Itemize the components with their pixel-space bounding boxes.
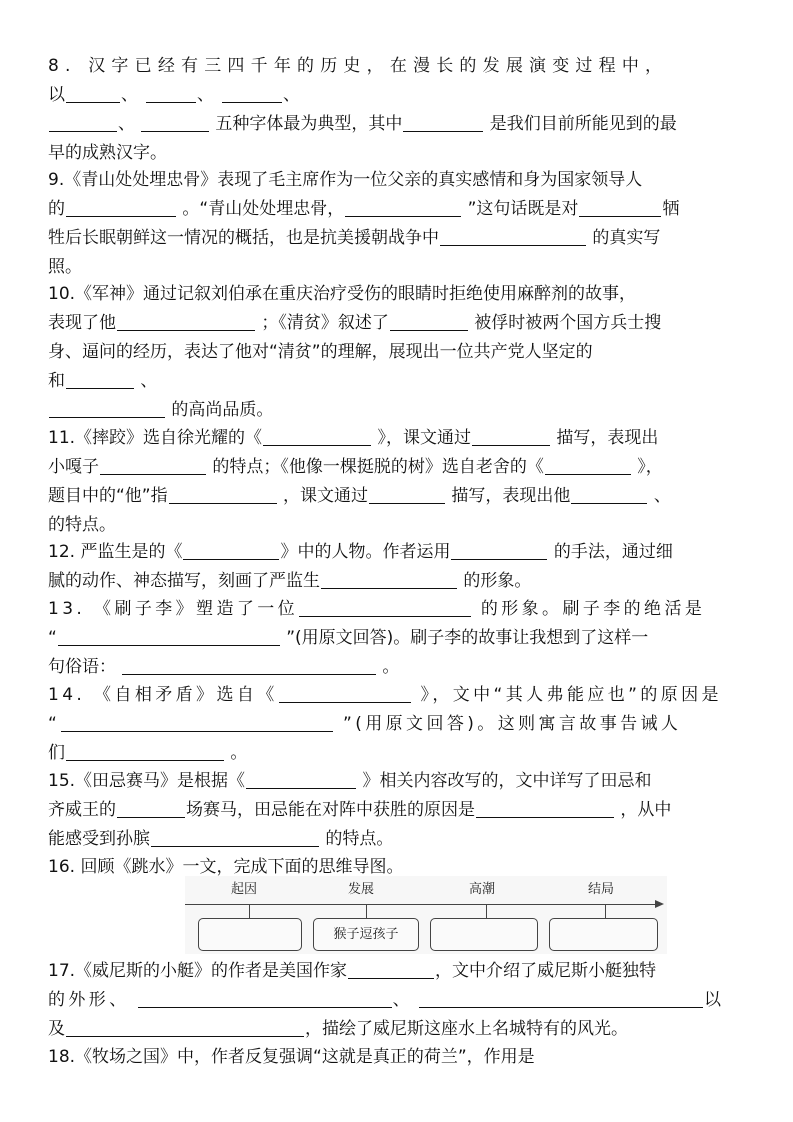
answer-blank[interactable] [58,625,280,646]
q10-line-4: 和 、 [48,367,157,396]
answer-blank[interactable] [440,225,586,246]
answer-blank[interactable] [451,539,547,560]
q10-text: 和 [48,371,65,391]
q14-line-1: 14. 《自相矛盾》选自《 》，文中“其人弗能应也”的原因是 [48,681,722,710]
q10-text: 的高尚品质。 [166,400,273,420]
q15-text: 能感受到孙膑 [48,829,150,849]
q12-text: 》中的人物。作者运用 [280,542,450,562]
q13-text: 句俗语： [48,657,116,677]
q15-text: 齐威王的 [48,800,116,820]
q11-line-2: 小嘎子 的特点；《他像一棵挺脱的树》选自老舍的《 》， [48,453,663,482]
q9-text: 。“青山处处埋忠骨， [177,199,344,219]
answer-blank[interactable] [579,196,661,217]
answer-blank[interactable] [66,1016,304,1037]
q12-text: 的手法，通过细 [548,542,672,562]
mind-map-stage-label: 结局 [588,878,614,897]
q17-text: 以 [704,990,724,1010]
timeline-tick [249,905,250,918]
q10-text: 10.《军神》通过记叙刘伯承在重庆治疗受伤的眼睛时拒绝使用麻醉剂的故事， [48,284,636,304]
q18-line-1: 18.《牧场之国》中，作者反复强调“这就是真正的荷兰”，作用是 [48,1043,535,1072]
q11-text: 》， [632,457,663,477]
q8-line-1: 8. 汉字已经有三四千年的历史，在漫长的发展演变过程中， [48,52,668,81]
q9-text: 照。 [48,257,82,277]
q11-text: 11.《摔跤》选自徐光耀的《 [48,428,262,448]
answer-blank[interactable] [279,682,411,703]
answer-blank[interactable] [390,310,468,331]
q17-text: 及 [48,1019,65,1039]
q16-text: 16. 回顾《跳水》一文，完成下面的思维导图。 [48,857,403,877]
q10-line-5: 的高尚品质。 [48,396,273,425]
q11-text: 的特点；《他像一棵挺脱的树》选自老舍的《 [207,457,544,477]
q17-text: ，描绘了威尼斯这座水上名城特有的风光。 [305,1019,628,1039]
q15-line-1: 15.《田忌赛马》是根据《 》相关内容改写的，文中详写了田忌和 [48,767,651,796]
q10-line-2: 表现了他 ；《清贫》叙述了 被俘时被两个国方兵士搜 [48,309,661,338]
q12-text: 腻的动作、神态描写，刻画了严监生 [48,571,320,591]
answer-blank[interactable] [369,483,445,504]
answer-blank[interactable] [117,797,185,818]
q11-text: 题目中的“他”指 [48,486,168,506]
answer-blank[interactable] [472,425,550,446]
q8-text: 、 [118,114,135,134]
q8-text: 五种字体最为典型，其中 [210,114,402,134]
q14-text: ”(用原文回答)。这则寓言故事告诫人 [334,714,681,734]
q13-line-1: 13. 《刷子李》塑造了一位 的形象。刷子李的绝活是 [48,595,705,624]
q10-text: 被俘时被两个国方兵士搜 [469,313,661,333]
answer-blank[interactable] [66,82,120,103]
q17-line-2: 的外形、、以 [48,986,724,1015]
q17-text: 17.《威尼斯的小艇》的作者是美国作家 [48,961,347,981]
q8-line-2: 以、、、 [48,81,300,110]
q10-line-3: 身、逼问的经历，表达了他对“清贫”的理解，展现出一位共产党人坚定的 [48,338,593,367]
q14-text: 14. 《自相矛盾》选自《 [48,685,278,705]
q11-text: 描写，表现出他 [446,486,570,506]
answer-blank[interactable] [348,958,434,979]
q11-line-4: 的特点。 [48,511,116,540]
mind-map-stage-label: 起因 [231,878,257,897]
answer-blank[interactable] [403,111,483,132]
q17-text: ，文中介绍了威尼斯小艇独特 [435,961,656,981]
q10-text: ；《清贫》叙述了 [256,313,389,333]
q15-text: 》相关内容改写的，文中详写了田忌和 [357,771,651,791]
q11-line-1: 11.《摔跤》选自徐光耀的《 》，课文通过 描写，表现出 [48,424,658,453]
answer-blank[interactable] [246,768,356,789]
mind-map-stage-label: 高潮 [469,878,495,897]
answer-blank[interactable] [183,539,279,560]
timeline-axis [185,904,657,905]
q9-text: ”这句话既是对 [462,199,578,219]
answer-blank[interactable] [49,111,117,132]
q11-text: 的特点。 [48,515,116,535]
q15-text: ，从中 [615,800,671,820]
q18-text: 18.《牧场之国》中，作者反复强调“这就是真正的荷兰”，作用是 [48,1047,535,1067]
arrow-right-icon [655,900,664,908]
q13-line-2: “ ”(用原文回答)。刷子李的故事让我想到了这样一 [48,624,648,653]
answer-blank[interactable] [117,310,255,331]
q17-text: 、 [393,990,413,1010]
q15-text: 15.《田忌赛马》是根据《 [48,771,245,791]
q8-text: 是我们目前所能见到的最 [484,114,676,134]
answer-blank[interactable] [122,654,376,675]
answer-blank[interactable] [571,483,647,504]
timeline-tick [605,905,606,918]
q8-text: 、 [197,85,214,105]
q11-text: 描写，表现出 [551,428,658,448]
q9-line-1: 9.《青山处处埋忠骨》表现了毛主席作为一位父亲的真实感情和身为国家领导人 [48,166,642,195]
q15-text: 的特点。 [320,829,393,849]
q14-line-2: “ ”(用原文回答)。这则寓言故事告诫人 [48,710,681,739]
mind-map-box-cause[interactable] [198,918,302,951]
answer-blank[interactable] [476,797,614,818]
q10-text: 、 [135,371,157,391]
mind-map-stage-label: 发展 [348,878,374,897]
answer-blank[interactable] [61,711,333,732]
q14-line-3: 们 。 [48,739,247,768]
q9-line-4: 照。 [48,253,82,282]
q11-text: ，课文通过 [278,486,368,506]
q13-line-3: 句俗语： 。 [48,653,399,682]
answer-blank[interactable] [146,82,196,103]
q17-line-3: 及，描绘了威尼斯这座水上名城特有的风光。 [48,1015,628,1044]
q9-text: 9.《青山处处埋忠骨》表现了毛主席作为一位父亲的真实感情和身为国家领导人 [48,170,642,190]
q9-line-3: 牲后长眠朝鲜这一情况的概括，也是抗美援朝战争中 的真实写 [48,224,660,253]
q10-text: 表现了他 [48,313,116,333]
answer-blank[interactable] [321,568,457,589]
timeline-tick [486,905,487,918]
answer-blank[interactable] [345,196,461,217]
answer-blank[interactable] [169,483,277,504]
timeline-tick [366,905,367,918]
q8-text: 8. 汉字已经有三四千年的历史，在漫长的发展演变过程中， [48,56,668,76]
q10-text: 身、逼问的经历，表达了他对“清贫”的理解，展现出一位共产党人坚定的 [48,342,593,362]
q9-text: 的真实写 [587,228,660,248]
answer-blank[interactable] [138,987,392,1008]
q13-text: ”(用原文回答)。刷子李的故事让我想到了这样一 [281,628,648,648]
q8-line-4: 早的成熟汉字。 [48,139,167,168]
q8-text: 以 [48,85,65,105]
mind-map-box-ending[interactable] [549,918,658,951]
q13-text: 的形象。刷子李的绝活是 [472,599,705,619]
q14-text: 》，文中“其人弗能应也”的原因是 [412,685,722,705]
q13-text: “ [48,628,57,648]
mind-map-box-development[interactable]: 猴子逗孩子 [313,918,419,951]
q10-line-1: 10.《军神》通过记叙刘伯承在重庆治疗受伤的眼睛时拒绝使用麻醉剂的故事， [48,280,636,309]
q13-text: 13. 《刷子李》塑造了一位 [48,599,298,619]
answer-blank[interactable] [545,454,631,475]
q8-text: 早的成熟汉字。 [48,143,167,163]
q14-text: 。 [225,743,247,763]
q9-text: 的 [48,199,65,219]
answer-blank[interactable] [66,368,134,389]
mind-map-box-climax[interactable] [430,918,538,951]
answer-blank[interactable] [141,111,209,132]
q9-text: 牲后长眠朝鲜这一情况的概括，也是抗美援朝战争中 [48,228,439,248]
q17-text: 的外形、 [48,990,130,1010]
q17-line-1: 17.《威尼斯的小艇》的作者是美国作家，文中介绍了威尼斯小艇独特 [48,957,656,986]
answer-blank[interactable] [66,740,224,761]
answer-blank[interactable] [151,826,319,847]
answer-blank[interactable] [66,196,176,217]
q11-text: 、 [648,486,670,506]
mind-map-diagram: 起因 发展 高潮 结局 猴子逗孩子 [185,876,667,954]
answer-blank[interactable] [100,454,206,475]
q12-line-2: 腻的动作、神态描写，刻画了严监生 的形象。 [48,567,531,596]
q15-line-3: 能感受到孙膑 的特点。 [48,825,393,854]
q9-text: 牺 [662,199,679,219]
q11-line-3: 题目中的“他”指 ，课文通过 描写，表现出他 、 [48,482,671,511]
answer-blank[interactable] [49,397,165,418]
q8-text: 、 [121,85,138,105]
q8-text: 、 [283,85,300,105]
q9-line-2: 的 。“青山处处埋忠骨， ”这句话既是对牺 [48,195,679,224]
q13-text: 。 [377,657,399,677]
q11-text: 》，课文通过 [372,428,471,448]
q11-text: 小嘎子 [48,457,99,477]
q12-line-1: 12. 严监生是的《》中的人物。作者运用 的手法，通过细 [48,538,673,567]
answer-blank[interactable] [263,425,371,446]
q12-text: 12. 严监生是的《 [48,542,182,562]
q8-line-3: 、 五种字体最为典型，其中 是我们目前所能见到的最 [48,110,677,139]
q14-text: 们 [48,743,65,763]
answer-blank[interactable] [299,596,471,617]
q15-line-2: 齐威王的场赛马，田忌能在对阵中获胜的原因是 ，从中 [48,796,671,825]
q15-text: 场赛马，田忌能在对阵中获胜的原因是 [186,800,475,820]
answer-blank[interactable] [419,987,703,1008]
q12-text: 的形象。 [458,571,531,591]
q14-text: “ [48,714,60,734]
answer-blank[interactable] [222,82,282,103]
